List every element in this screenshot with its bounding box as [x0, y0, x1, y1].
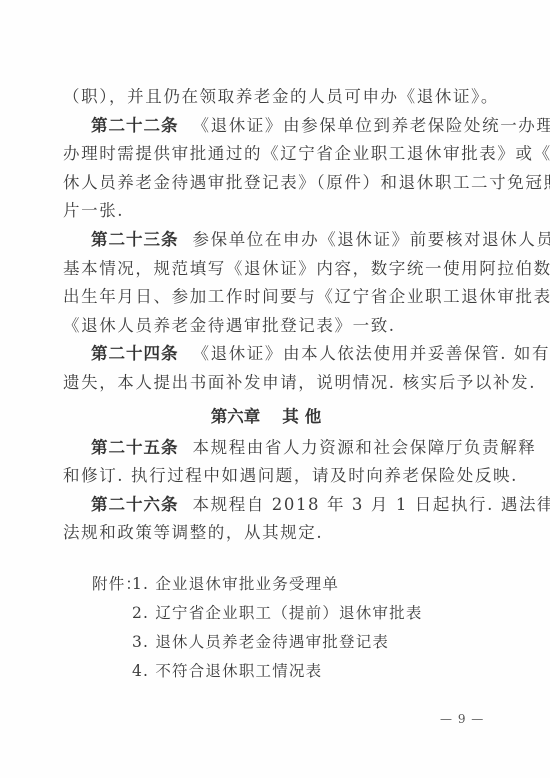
article-text: 和修订. 执行过程中如遇问题，请及时向养老保险处反映.: [63, 462, 475, 491]
article-text: 本规程由省人力资源和社会保障厅负责解释: [193, 438, 537, 457]
article-text: 办理时需提供审批通过的《辽宁省企业职工退休审批表》或《退: [63, 140, 475, 169]
article-24: 第二十四条《退休证》由本人依法使用并妥善保管. 如有 遗失，本人提出书面补发申请…: [63, 340, 475, 397]
article-number: 第二十六条: [91, 495, 179, 514]
chapter-title: 其他: [282, 407, 327, 426]
article-text: 《退休人员养老金待遇审批登记表》一致.: [63, 312, 475, 341]
article-text: 本规程自 2018 年 3 月 1 日起执行. 遇法律、: [193, 495, 550, 514]
attachment-item: 1. 企业退休审批业务受理单: [132, 575, 339, 593]
attachments-label: 附件：: [92, 570, 132, 599]
chapter-number: 第六章: [211, 407, 261, 426]
document-body: （职），并且仍在领取养老金的人员可申办《退休证》。 第二十二条《退休证》由参保单…: [63, 83, 475, 548]
article-text: 片一张.: [63, 197, 475, 226]
attachment-item: 4. 不符合退休职工情况表: [92, 657, 423, 686]
chapter-heading: 第六章其他: [63, 402, 475, 432]
article-22: 第二十二条《退休证》由参保单位到养老保险处统一办理. 办理时需提供审批通过的《辽…: [63, 112, 475, 226]
article-text: 出生年月日、参加工作时间要与《辽宁省企业职工退休审批表》、: [63, 283, 475, 312]
article-text: 法规和政策等调整的，从其规定.: [63, 519, 475, 548]
article-number: 第二十四条: [91, 344, 179, 363]
article-text: 参保单位在申办《退休证》前要核对退休人员: [193, 230, 550, 249]
attachment-item: 2. 辽宁省企业职工（提前）退休审批表: [92, 599, 423, 628]
article-text: 遗失，本人提出书面补发申请，说明情况. 核实后予以补发.: [63, 369, 475, 398]
attachments-list: 附件：1. 企业退休审批业务受理单 2. 辽宁省企业职工（提前）退休审批表 3.…: [92, 570, 423, 686]
paragraph-continuation: （职），并且仍在领取养老金的人员可申办《退休证》。: [63, 83, 475, 112]
article-text: 基本情况，规范填写《退休证》内容，数字统一使用阿拉伯数字.: [63, 255, 475, 284]
article-number: 第二十五条: [91, 438, 179, 457]
page-number: — 9 —: [440, 712, 484, 726]
document-page: （职），并且仍在领取养老金的人员可申办《退休证》。 第二十二条《退休证》由参保单…: [0, 0, 550, 778]
article-26: 第二十六条本规程自 2018 年 3 月 1 日起执行. 遇法律、 法规和政策等…: [63, 491, 475, 548]
article-number: 第二十三条: [91, 230, 179, 249]
article-text: 《退休证》由参保单位到养老保险处统一办理.: [193, 116, 550, 135]
article-25: 第二十五条本规程由省人力资源和社会保障厅负责解释 和修订. 执行过程中如遇问题，…: [63, 434, 475, 491]
article-number: 第二十二条: [91, 116, 179, 135]
article-text: 休人员养老金待遇审批登记表》（原件）和退休职工二寸免冠照: [63, 169, 475, 198]
attachment-item: 3. 退休人员养老金待遇审批登记表: [92, 628, 423, 657]
article-text: 《退休证》由本人依法使用并妥善保管. 如有: [193, 344, 550, 363]
article-23: 第二十三条参保单位在申办《退休证》前要核对退休人员 基本情况，规范填写《退休证》…: [63, 226, 475, 340]
